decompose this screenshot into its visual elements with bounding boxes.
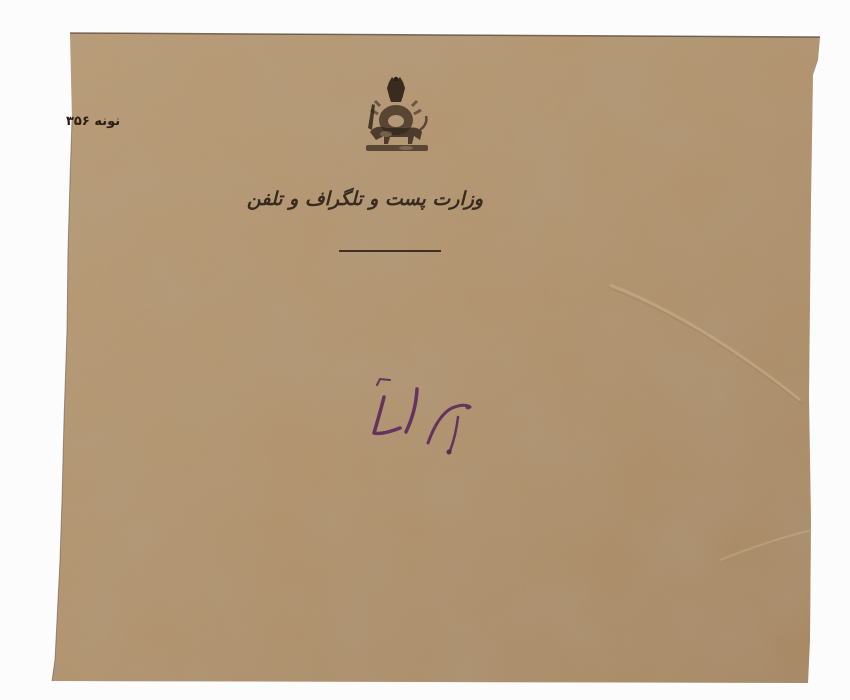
lion-and-sun-emblem-icon <box>356 74 436 160</box>
ministry-title: وزارت پست و تلگراف و تلفن <box>240 188 490 210</box>
handwriting-strokes <box>360 375 475 460</box>
form-number-label: نونه ۳۵۶ <box>66 114 166 129</box>
title-underline <box>339 250 441 252</box>
handwritten-note: ۲/۱۷ <box>360 375 475 460</box>
scanned-document: نونه ۳۵۶ <box>0 0 850 700</box>
